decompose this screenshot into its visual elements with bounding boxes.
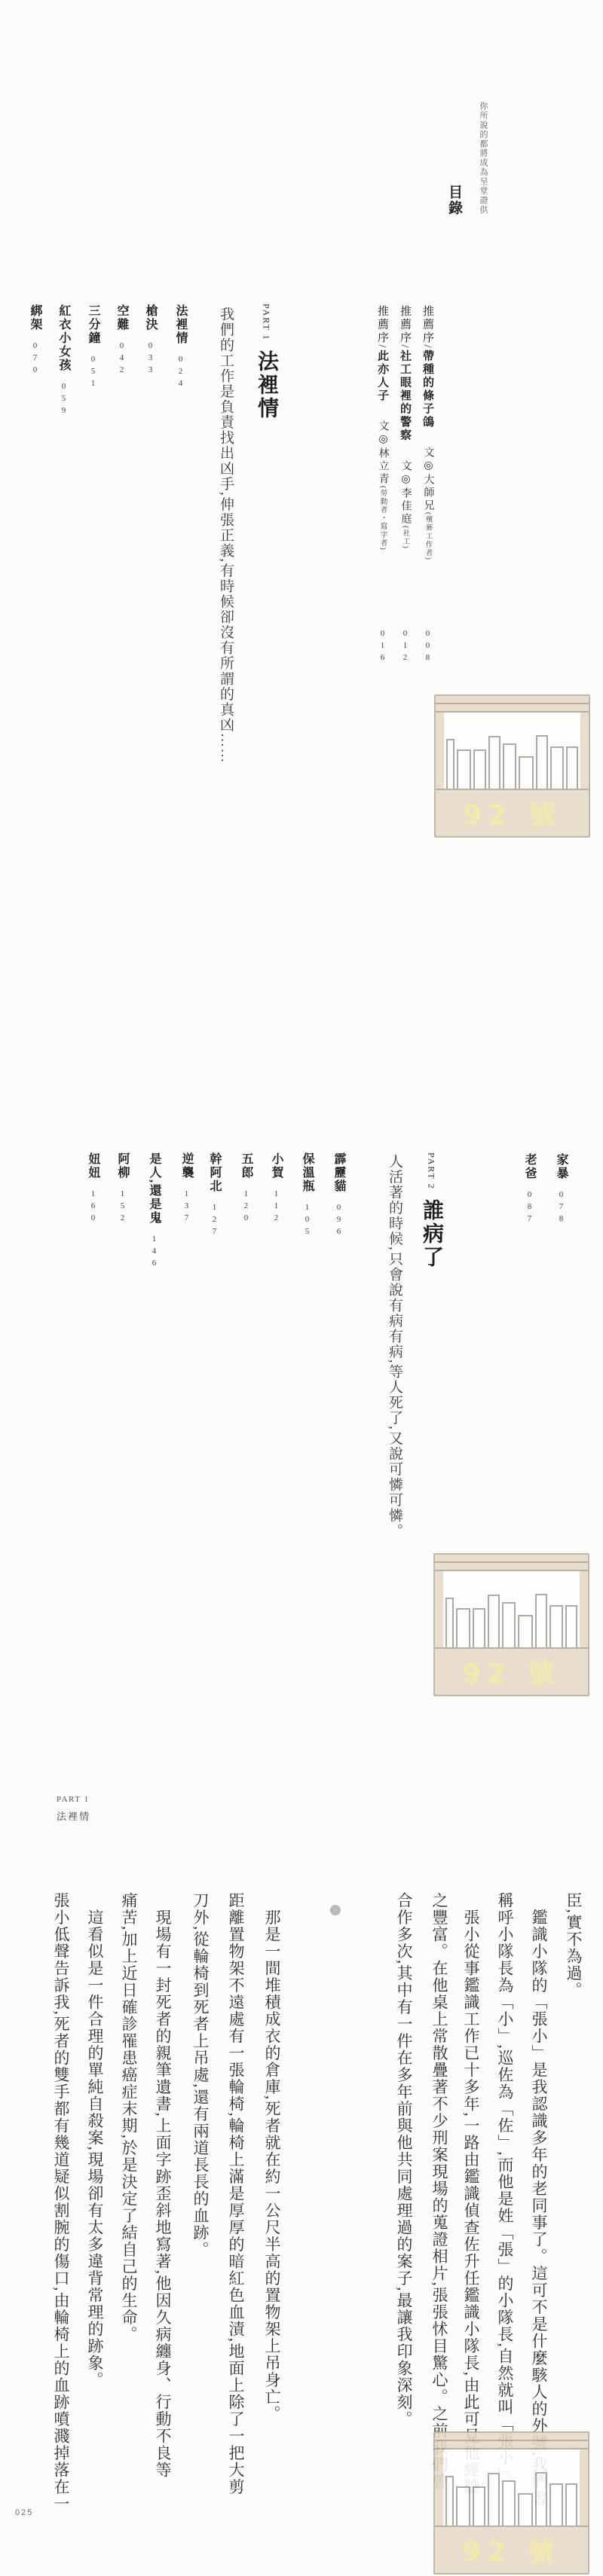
body-column: 臣,實不為過。	[562, 1892, 585, 1999]
shelf-top-bar	[435, 2433, 588, 2441]
header-part-label: PART 1	[57, 1795, 90, 1804]
chapter-title: 小賀	[268, 1152, 285, 1180]
chapter-title: 霹靂貓	[330, 1152, 347, 1193]
book-spine	[550, 746, 564, 789]
chapter-title: 幹阿北	[206, 1152, 223, 1193]
shelf-books	[443, 1571, 580, 1647]
recommendation-title: 推薦序/社工眼裡的警察	[397, 305, 413, 442]
book-spine	[518, 2493, 533, 2526]
shelf-top-bar	[435, 1563, 588, 1571]
chapter-item: 三分鐘 051	[84, 304, 102, 391]
recommendation-prefix: 推薦序/	[376, 305, 388, 349]
chapter-page-number: 096	[335, 1203, 344, 1239]
recommendation-page-number: 008	[424, 629, 433, 665]
recommendation-author: 文◎林立青(勞動者・寫字者)	[375, 420, 390, 551]
book-spine	[488, 736, 500, 789]
book-spine	[446, 739, 455, 789]
bookshelf-logo: 92 號	[434, 694, 590, 838]
chapter-page-number: 105	[303, 1203, 312, 1239]
book-spine	[473, 749, 486, 789]
chapter-page-number: 127	[210, 1203, 219, 1239]
chapter-item: 空難 042	[113, 304, 130, 377]
book-scan-page: 你所說的都將成為呈堂證供 目錄 推薦序/帶種的條子鴿 文◎大師兄(殯葬工作者) …	[0, 0, 603, 2576]
chapter-title: 五郎	[237, 1152, 255, 1180]
logo-band: 92 號	[435, 2526, 588, 2573]
recommendation-title: 推薦序/此亦人子	[375, 305, 390, 402]
chapter-title: 三分鐘	[84, 304, 102, 345]
recommendation-prefix: 推薦序/	[421, 305, 433, 349]
chapter-page-number: 146	[150, 1235, 159, 1271]
recommendation-title-text: 帶種的條子鴿	[421, 349, 433, 429]
chapter-page-number: 087	[525, 1190, 534, 1226]
body-column: 那是一間堆積成衣的倉庫,死者就在約一公尺半高的置物架上吊身亡。	[261, 1892, 283, 2422]
chapter-page-number: 024	[176, 355, 185, 391]
chapter-page-number: 033	[146, 341, 155, 377]
recommendation-page-number: 016	[378, 629, 387, 665]
author-name: 文◎大師兄	[423, 447, 434, 512]
body-column: 張小低聲告訴我,死者的雙手都有幾道疑似割腕的傷口,由輪椅上的血跡噴濺掉落在一	[50, 1892, 72, 2513]
chapter-page-number: 070	[31, 341, 40, 377]
chapter-item: 是人,還是鬼 146	[145, 1152, 163, 1271]
shelf-top-bar	[436, 696, 589, 704]
running-title: 你所說的都將成為呈堂證供	[477, 102, 489, 215]
part1-label: PART 1	[261, 304, 272, 341]
body-column: 鑑識小隊的「張小」是我認識多年的老同事了。這可不是什麼駭人的外號,我們習	[528, 1892, 550, 2507]
shelf-top-bar	[436, 704, 589, 713]
recommendation-title: 推薦序/帶種的條子鴿	[420, 305, 436, 429]
book-spine	[445, 1598, 454, 1647]
author-role: (勞動者・寫字者)	[379, 486, 387, 551]
book-spine	[566, 746, 578, 789]
book-spine	[456, 1608, 470, 1647]
chapter-page-number: 042	[118, 341, 127, 377]
header-chapter-title: 法裡情	[57, 1808, 90, 1823]
page-header: PART 1 法裡情	[57, 1795, 90, 1823]
book-spine	[445, 2476, 454, 2526]
part1-heading: PART 1 法裡情	[251, 304, 281, 420]
book-spine	[503, 743, 516, 789]
body-column: 稱呼小隊長為「小」,巡佐為「佐」,而他是姓「張」的小隊長,自然就叫「張小」。	[494, 1892, 516, 2492]
chapter-item: 老爸 087	[521, 1153, 538, 1226]
part2-title: 誰病了	[416, 1199, 446, 1269]
book-spine	[488, 2473, 500, 2526]
chapter-page-number: 120	[242, 1189, 251, 1225]
logo-text: 92 號	[462, 1653, 561, 1691]
chapter-title: 空難	[113, 304, 130, 331]
book-spine	[502, 2480, 516, 2526]
chapter-page-number: 160	[89, 1189, 98, 1225]
logo-band: 92 號	[436, 789, 589, 836]
chapter-item: 保溫瓶 105	[298, 1152, 316, 1239]
part2-intro: 人活著的時候,只會說有病有病,等人死了,又說可憐可憐。	[384, 1154, 405, 1539]
book-spine	[535, 1594, 547, 1647]
part1-intro: 我們的工作是負責找出凶手,伸張正義,有時候卻沒有所謂的真凶……	[216, 307, 236, 764]
chapter-item: 幹阿北 127	[206, 1152, 223, 1239]
chapter-title: 老爸	[521, 1153, 538, 1180]
shelf-top-bar	[435, 1555, 588, 1563]
shelf-books	[444, 713, 580, 789]
chapter-title: 妞妞	[84, 1152, 102, 1180]
logo-band: 92 號	[435, 1647, 588, 1695]
recommendation-title-text: 社工眼裡的警察	[399, 349, 411, 442]
chapter-item: 紅衣小女孩 059	[55, 304, 72, 418]
book-spine	[457, 749, 471, 789]
chapter-title: 槍決	[142, 304, 159, 331]
body-column: 張小從事鑑識工作已十多年,一路由鑑識偵查佐升任鑑識小隊長,由此可見他經驗	[460, 1892, 482, 2495]
book-spine	[549, 2483, 563, 2526]
chapter-page-number: 051	[89, 355, 98, 391]
body-column: 現場有一封死者的親筆遺書,上面字跡歪斜地寫著,他因久病纏身、行動不良等	[152, 1892, 174, 2479]
logo-text: 92 號	[462, 2531, 561, 2569]
chapter-title: 逆襲	[178, 1152, 195, 1180]
chapter-item: 逆襲 137	[178, 1152, 195, 1225]
recommendation-item: 推薦序/帶種的條子鴿 文◎大師兄(殯葬工作者) 008	[420, 305, 436, 665]
book-spine	[565, 2483, 577, 2526]
chapter-page-number: 059	[60, 382, 69, 418]
chapter-title: 家暴	[552, 1153, 570, 1180]
chapter-item: 妞妞 160	[84, 1152, 102, 1225]
book-spine	[549, 1605, 563, 1647]
body-column: 刀外,從輪椅到死者上吊處,還有兩道長長的血跡。	[189, 1892, 212, 2258]
chapter-item: 綁架 070	[26, 304, 44, 377]
body-column: 距離置物架不遠處有一張輪椅,輪椅上滿是厚厚的暗紅色血漬,地面上除了一把大剪	[225, 1892, 247, 2495]
chapter-item: 霹靂貓 096	[330, 1152, 347, 1239]
author-role: (殯葬工作者)	[424, 512, 432, 560]
book-spine	[519, 756, 534, 789]
chapter-title: 綁架	[26, 304, 44, 331]
chapter-title: 法裡情	[172, 304, 189, 345]
book-spine	[535, 2472, 547, 2526]
chapter-item: 槍決 033	[142, 304, 159, 377]
book-spine	[473, 2486, 485, 2526]
body-column: 合作多次,其中有一件在多年前與他共同處理過的案子,最讓我印象深刻。	[393, 1892, 415, 2428]
chapter-item: 五郎 120	[237, 1152, 255, 1225]
chapter-title: 紅衣小女孩	[55, 304, 72, 372]
chapter-page-number: 112	[272, 1189, 281, 1225]
chapter-page-number: 078	[557, 1190, 566, 1226]
chapter-item: 阿柳 152	[114, 1152, 131, 1225]
part2-heading: PART 2 誰病了	[416, 1152, 446, 1269]
book-spine	[473, 1608, 485, 1647]
shelf-top-bar	[435, 2441, 588, 2449]
bookshelf-logo: 92 號	[433, 1553, 589, 1696]
chapter-title: 阿柳	[114, 1152, 131, 1180]
recommendation-author: 文◎李佳庭(社工)	[398, 460, 413, 549]
logo-text: 92 號	[463, 794, 562, 832]
body-column: 痛苦,加上近日確診罹患癌症末期,於是決定了結自己的生命。	[118, 1892, 140, 2343]
scene-break-dot	[330, 1905, 341, 1915]
part2-label: PART 2	[426, 1152, 437, 1190]
recommendation-author: 文◎大師兄(殯葬工作者)	[421, 447, 436, 560]
toc-title: 目錄	[444, 185, 464, 216]
book-spine	[456, 2486, 470, 2526]
chapter-title: 保溫瓶	[298, 1152, 316, 1193]
author-name: 文◎李佳庭	[400, 460, 412, 526]
recommendation-item: 推薦序/此亦人子 文◎林立青(勞動者・寫字者) 016	[375, 305, 390, 665]
body-column: 之豐富。在他桌上常散疊著不少刑案現場的蒐證相片,張張怵目驚心。之前我們曾	[428, 1892, 451, 2490]
author-name: 文◎林立青	[378, 420, 389, 486]
book-spine	[518, 1615, 533, 1647]
shelf-books	[443, 2449, 580, 2526]
chapter-item: 家暴 078	[552, 1153, 570, 1226]
author-role: (社工)	[402, 526, 409, 549]
recommendation-prefix: 推薦序/	[399, 305, 411, 349]
page-number: 025	[15, 2508, 33, 2517]
chapter-title: 是人,還是鬼	[145, 1152, 163, 1225]
book-spine	[536, 735, 548, 789]
chapter-item: 小賀 112	[268, 1152, 285, 1225]
chapter-page-number: 152	[118, 1189, 127, 1225]
chapter-page-number: 137	[182, 1189, 191, 1225]
body-column: 這看似是一件合理的單純自殺案,現場卻有太多違背常理的跡象。	[84, 1892, 106, 2388]
book-spine	[488, 1595, 500, 1647]
chapter-item: 法裡情 024	[172, 304, 189, 391]
recommendation-item: 推薦序/社工眼裡的警察 文◎李佳庭(社工) 012	[397, 305, 413, 665]
book-spine	[502, 1602, 516, 1647]
book-spine	[565, 1605, 577, 1647]
part1-title: 法裡情	[251, 350, 281, 420]
bookshelf-logo: 92 號	[433, 2431, 589, 2574]
recommendation-page-number: 012	[401, 629, 410, 665]
recommendation-title-text: 此亦人子	[376, 349, 388, 402]
